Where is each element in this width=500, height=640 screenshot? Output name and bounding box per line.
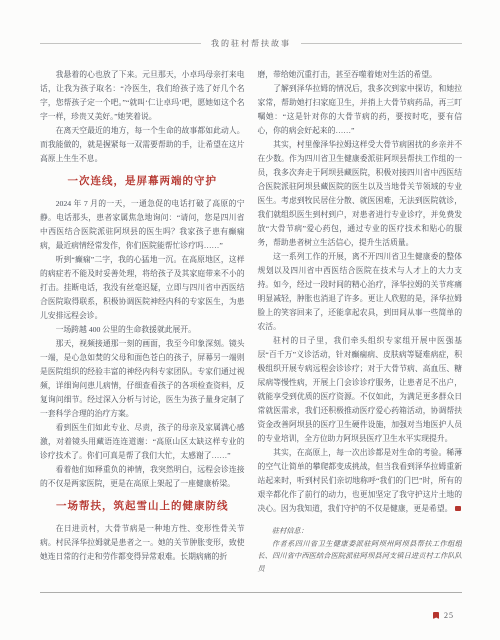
header-rule-right	[301, 43, 462, 44]
paragraph: 一场跨越 400 公里的生命救援就此展开。	[40, 323, 245, 337]
author-note: 驻村信息： 作者系四川省卫生健康委派驻阿坝州阿坝县帮扶工作组组长、四川省中西医结…	[258, 525, 463, 575]
paragraph: 听到“癫痫”二字，我的心猛地一沉。在高原地区，这样的病症若不能及时妥善处理，将给…	[40, 253, 245, 323]
author-note-text: 作者系四川省卫生健康委派驻阿坝州阿坝县帮扶工作组组长、四川省中西医结合医院派驻阿…	[258, 538, 463, 576]
page-number: 25	[444, 611, 454, 620]
paragraph: 其实，村里像泽华拉姆这样受大骨节病困扰的乡亲并不在少数。作为四川省卫生健康委派驻…	[258, 138, 463, 250]
footer-rule	[40, 592, 462, 593]
paragraph: 驻村的日子里，我们牵头组织专家组开展中医强基层“百千万”义诊活动，针对癫痫病、皮…	[258, 334, 463, 446]
section1-heading: 一次连线，是屏幕两端的守护	[40, 175, 245, 189]
magazine-page: 我的驻村帮扶故事 我悬着的心也放了下来。元旦那天，小卓玛母亲打来电话，让我为孩子…	[0, 0, 500, 640]
page-header: 我的驻村帮扶故事	[40, 38, 462, 49]
article-end-icon	[455, 506, 461, 512]
paragraph: 2024 年 7 月的一天，一通急促的电话打破了高原的宁静。电话那头，患者家属焦…	[40, 197, 245, 253]
paragraph: 这一系列工作的开展，离不开四川省卫生健康委的整体规划以及四川省中西医结合医院在技…	[258, 250, 463, 334]
right-column: 磨，带给她沉重打击，甚至吞噬着她对生活的希望。 了解到泽华拉姆的情况后，我多次到…	[258, 68, 463, 586]
paragraph: 看到医生们如此专业、尽责，孩子的母亲及家属满心感激，对着镜头用藏语连连道谢：“高…	[40, 421, 245, 463]
paragraph-continuation: 磨，带给她沉重打击，甚至吞噬着她对生活的希望。	[258, 68, 463, 82]
header-rule-left	[40, 43, 201, 44]
paragraph: 在日进贡村，大骨节病是一种地方性、变形性骨关节病。村民泽华拉姆就是患者之一。她的…	[40, 522, 245, 564]
paragraph: 了解到泽华拉姆的情况后，我多次到家中探访，和她拉家常，帮助她打扫家庭卫生，并捎上…	[258, 82, 463, 138]
paragraph: 在离天空最近的地方，每一个生命的故事都如此动人。而我能做的，就是握紧每一双需要帮…	[40, 124, 245, 166]
paragraph: 看着他们如释重负的神情，我突然明白，远程会诊连接的不仅是两家医院，更是在高原上架…	[40, 463, 245, 491]
paragraph-text: 其实，在高原上，每一次出诊都是对生命的考验。稀薄的空气让简单的攀爬都变成挑战，但…	[258, 448, 463, 513]
paragraph: 那天，视频接通那一刻的画面，我至今印象深刻。镜头一端，是心急如焚的父母和面色苍白…	[40, 337, 245, 421]
author-note-label: 驻村信息：	[258, 525, 463, 538]
paragraph: 我悬着的心也放了下来。元旦那天，小卓玛母亲打来电话，让我为孩子取名：“冷医生，我…	[40, 68, 245, 124]
left-column: 我悬着的心也放了下来。元旦那天，小卓玛母亲打来电话，让我为孩子取名：“冷医生，我…	[40, 68, 245, 586]
paragraph-final: 其实，在高原上，每一次出诊都是对生命的考验。稀薄的空气让简单的攀爬都变成挑战，但…	[258, 446, 463, 516]
page-footer: 25	[433, 611, 454, 620]
header-title: 我的驻村帮扶故事	[211, 38, 291, 49]
section2-heading: 一场帮扶，筑起雪山上的健康防线	[40, 500, 245, 514]
article-body: 我悬着的心也放了下来。元旦那天，小卓玛母亲打来电话，让我为孩子取名：“冷医生，我…	[40, 68, 462, 586]
journal-logo-icon	[433, 612, 439, 619]
